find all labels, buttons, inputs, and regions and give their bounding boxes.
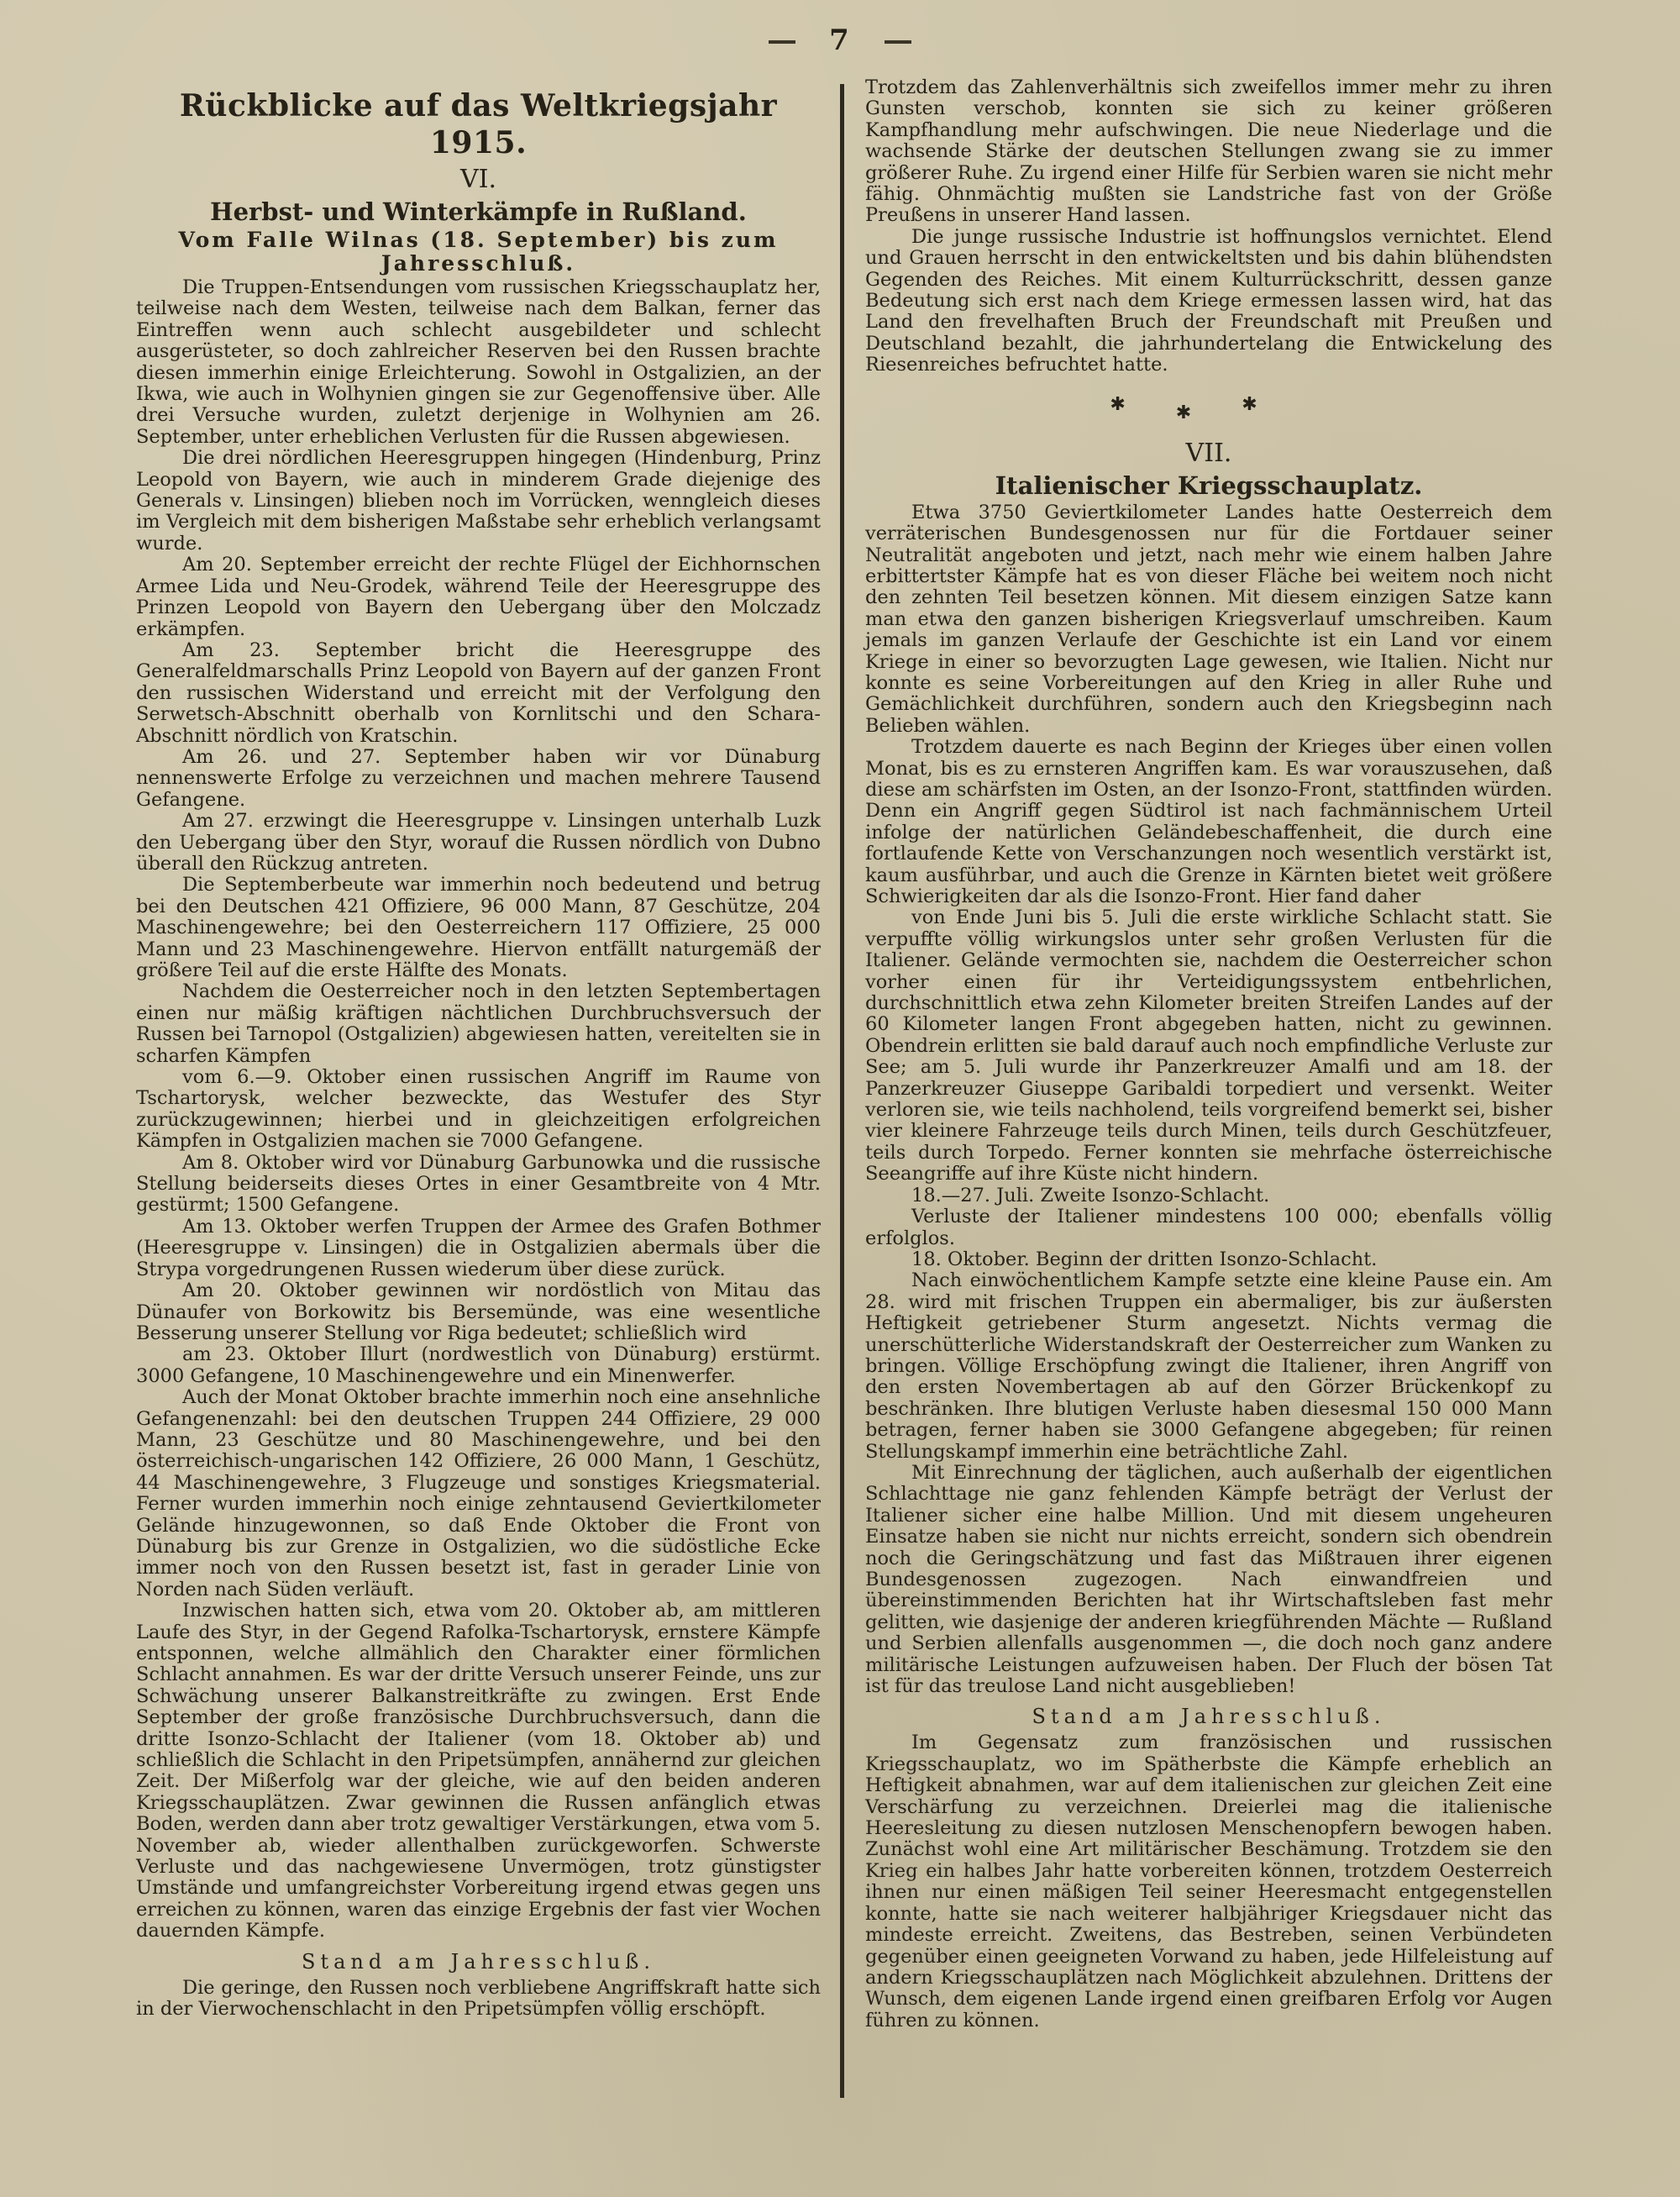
paragraph: Am 26. und 27. September haben wir vor D… bbox=[136, 747, 821, 811]
paragraph: am 23. Oktober Illurt (nordwestlich von … bbox=[136, 1344, 821, 1387]
paragraph: Die Septemberbeute war immerhin noch bed… bbox=[136, 875, 821, 981]
page-number-header: 7 bbox=[0, 24, 1680, 57]
paragraph: Die junge russische Industrie ist hoffnu… bbox=[865, 227, 1552, 376]
paragraph: Die drei nördlichen Heeresgruppen hingeg… bbox=[136, 448, 821, 555]
section-separator-asterism: ✱✱✱ bbox=[865, 395, 1552, 415]
paragraph: von Ende Juni bis 5. Juli die erste wirk… bbox=[865, 907, 1552, 1185]
article-title: Rückblicke auf das Weltkriegsjahr 1915. bbox=[136, 87, 821, 161]
asterism-icon: ✱ bbox=[1176, 403, 1242, 423]
asterism-icon: ✱ bbox=[1110, 395, 1175, 415]
paragraph: Am 23. September bricht die Heeresgruppe… bbox=[136, 640, 821, 747]
section-title-russia: Herbst- und Winterkämpfe in Rußland. bbox=[136, 197, 821, 227]
paragraph: Etwa 3750 Geviertkilometer Landes hatte … bbox=[865, 502, 1552, 737]
dash-right bbox=[885, 40, 911, 44]
paragraph: 18.—27. Juli. Zweite Isonzo-Schlacht. bbox=[865, 1185, 1552, 1206]
paragraph: 18. Oktober. Beginn der dritten Isonzo-S… bbox=[865, 1249, 1552, 1270]
paragraph: Verluste der Italiener mindestens 100 00… bbox=[865, 1206, 1552, 1249]
section-number-vi: VI. bbox=[136, 163, 821, 197]
subheading-year-end: Stand am Jahresschluß. bbox=[865, 1702, 1552, 1731]
paragraph: Nach einwöchentlichem Kampfe setzte eine… bbox=[865, 1270, 1552, 1463]
column-divider-rule bbox=[840, 84, 844, 2098]
page-number: 7 bbox=[829, 24, 851, 57]
section-number-vii: VII. bbox=[865, 437, 1552, 470]
paragraph: Mit Einrechnung der täglichen, auch auße… bbox=[865, 1463, 1552, 1697]
section-title-italy: Italienischer Kriegsschauplatz. bbox=[865, 470, 1552, 501]
right-column: Trotzdem das Zahlenverhältnis sich zweif… bbox=[865, 77, 1552, 2031]
paragraph: vom 6.—9. Oktober einen russischen Angri… bbox=[136, 1067, 821, 1153]
left-column: Rückblicke auf das Weltkriegsjahr 1915. … bbox=[136, 84, 821, 2021]
paragraph-continued: Trotzdem das Zahlenverhältnis sich zweif… bbox=[865, 77, 1552, 227]
paragraph: Am 8. Oktober wird vor Dünaburg Garbunow… bbox=[136, 1153, 821, 1217]
paragraph: Die geringe, den Russen noch verbliebene… bbox=[136, 1978, 821, 2021]
paragraph: Auch der Monat Oktober brachte immerhin … bbox=[136, 1387, 821, 1600]
paragraph: Nachdem die Oesterreicher noch in den le… bbox=[136, 981, 821, 1067]
paragraph: Am 27. erzwingt die Heeresgruppe v. Lins… bbox=[136, 811, 821, 875]
paragraph: Die Truppen-Entsendungen vom russischen … bbox=[136, 277, 821, 448]
paragraph: Im Gegensatz zum französischen und russi… bbox=[865, 1732, 1552, 2031]
paragraph: Inzwischen hatten sich, etwa vom 20. Okt… bbox=[136, 1600, 821, 1942]
subheading-year-end: Stand am Jahresschluß. bbox=[136, 1947, 821, 1976]
paragraph: Am 20. September erreicht der rechte Flü… bbox=[136, 555, 821, 640]
section-subtitle: Vom Falle Wilnas (18. September) bis zum… bbox=[136, 229, 821, 276]
dash-left bbox=[769, 40, 795, 44]
asterism-icon: ✱ bbox=[1242, 395, 1307, 415]
paragraph: Am 20. Oktober gewinnen wir nordöstlich … bbox=[136, 1280, 821, 1344]
paragraph: Am 13. Oktober werfen Truppen der Armee … bbox=[136, 1217, 821, 1280]
paragraph: Trotzdem dauerte es nach Beginn der Krie… bbox=[865, 737, 1552, 907]
